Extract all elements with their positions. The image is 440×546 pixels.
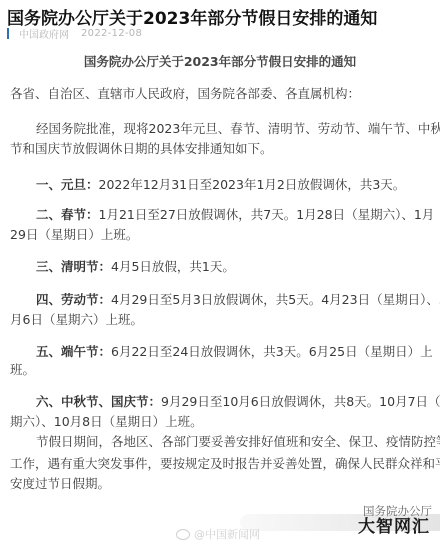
item-label: 六、中秋节、国庆节： <box>36 394 161 409</box>
item-mid-autumn-national: 六、中秋节、国庆节：9月29日至10月6日放假调休，共8天。10月7日（星 <box>36 392 440 410</box>
brand-watermark: 大智网汇 <box>358 512 430 537</box>
intro-line-2: 节和国庆节放假调休日期的具体安排通知如下。 <box>10 139 434 157</box>
item-new-year: 一、元旦：2022年12月31日至2023年1月2日放假调休，共3天。 <box>36 175 440 193</box>
item-label: 二、春节： <box>36 207 99 222</box>
salutation: 各省、自治区、直辖市人民政府，国务院各部委、各直属机构： <box>10 84 434 102</box>
weibo-watermark: @中国新闻网 <box>176 526 260 542</box>
closing-line-1: 节假日期间，各地区、各部门要妥善安排好值班和安全、保卫、疫情防控等 <box>36 432 440 450</box>
closing-line-2: 工作，遇有重大突发事件，要按规定及时报告并妥善处置，确保人民群众祥和平 <box>10 454 434 472</box>
intro-line-1: 经国务院批准，现将2023年元旦、春节、清明节、劳动节、端午节、中秋 <box>36 119 440 137</box>
item-text: 6月22日至24日放假调休，共3天。6月25日（星期日）上 <box>111 344 433 359</box>
weibo-handle: @中国新闻网 <box>194 526 260 542</box>
closing-line-3: 安度过节日假期。 <box>10 474 434 492</box>
item-label: 三、清明节： <box>36 259 111 274</box>
document-title: 国务院办公厅关于2023年部分节假日安排的通知 <box>0 52 440 70</box>
item-spring-festival: 二、春节：1月21日至27日放假调休，共7天。1月28日（星期六）、1月 <box>36 205 440 223</box>
weibo-icon <box>176 529 190 540</box>
item-text: 2022年12月31日至2023年1月2日放假调休，共3天。 <box>99 177 406 192</box>
accent-bar <box>7 28 9 39</box>
item-labor-day: 四、劳动节：4月29日至5月3日放假调休，共5天。4月23日（星期日）、5 <box>36 290 440 308</box>
article-meta: 中国政府网 2022-12-08 <box>7 27 142 40</box>
item-text: 9月29日至10月6日放假调休，共8天。10月7日（星 <box>161 394 440 409</box>
item-label: 一、元旦： <box>36 177 99 192</box>
article-source[interactable]: 中国政府网 <box>19 26 69 41</box>
item-mid-autumn-national-cont: 期六）、10月8日（星期日）上班。 <box>10 412 434 430</box>
item-text: 4月5日放假，共1天。 <box>111 259 235 274</box>
item-text: 4月29日至5月3日放假调休，共5天。4月23日（星期日）、5 <box>111 292 440 307</box>
item-text: 1月21日至27日放假调休，共7天。1月28日（星期六）、1月 <box>99 207 435 222</box>
item-labor-day-cont: 月6日（星期六）上班。 <box>10 310 434 328</box>
item-dragon-boat-cont: 班。 <box>10 360 434 378</box>
item-label: 四、劳动节： <box>36 292 111 307</box>
item-spring-festival-cont: 29日（星期日）上班。 <box>10 225 434 243</box>
item-dragon-boat: 五、端午节：6月22日至24日放假调休，共3天。6月25日（星期日）上 <box>36 342 440 360</box>
item-qingming: 三、清明节：4月5日放假，共1天。 <box>36 257 440 275</box>
article-date: 2022-12-08 <box>81 28 142 39</box>
item-label: 五、端午节： <box>36 344 111 359</box>
